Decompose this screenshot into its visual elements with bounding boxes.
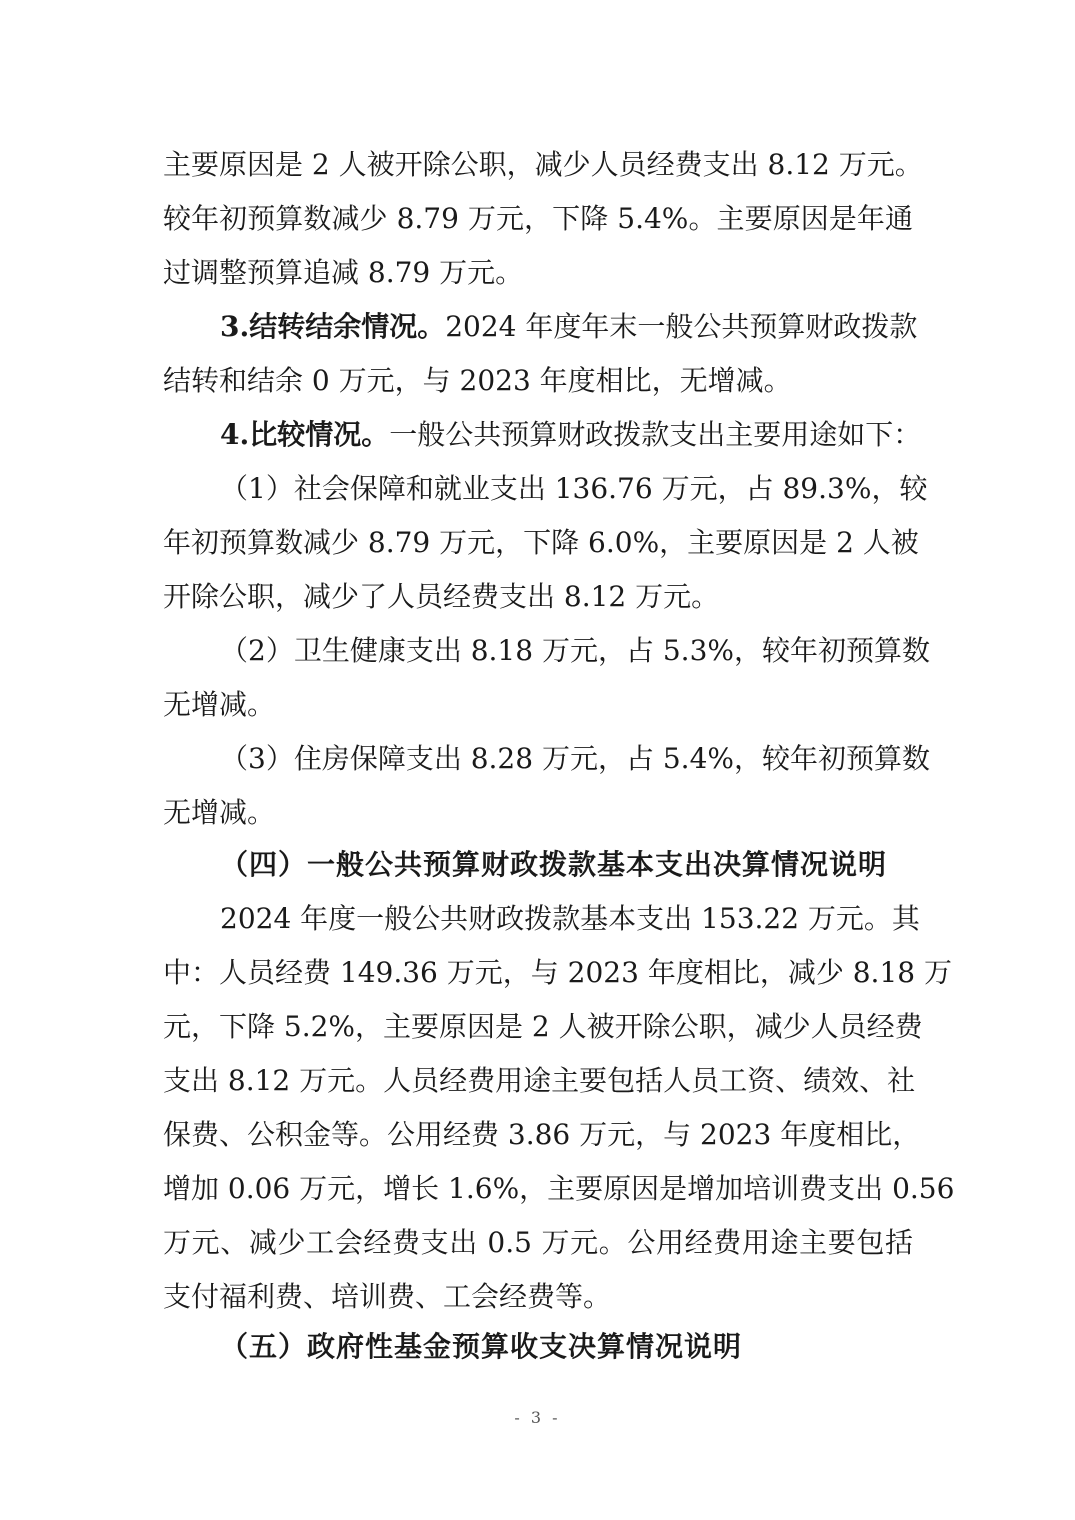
paragraph-line: 支付福利费、培训费、工会经费等。 xyxy=(163,1277,913,1317)
paragraph-line: 主要原因是 2 人被开除公职，减少人员经费支出 8.12 万元。 xyxy=(163,145,913,185)
paragraph-line: 增加 0.06 万元，增长 1.6%，主要原因是增加培训费支出 0.56 xyxy=(163,1169,913,1209)
list-item-housing: （3）住房保障支出 8.28 万元，占 5.4%，较年初预算数 xyxy=(220,739,913,779)
paragraph-line: 年初预算数减少 8.79 万元，下降 6.0%，主要原因是 2 人被 xyxy=(163,523,913,563)
paragraph-line-carryover-section: 3.结转结余情况。2024 年度年末一般公共预算财政拨款 xyxy=(220,307,913,347)
paragraph-line: 保费、公积金等。公用经费 3.86 万元，与 2023 年度相比， xyxy=(163,1115,913,1155)
section-heading-government-fund: （五）政府性基金预算收支决算情况说明 xyxy=(220,1327,742,1367)
paragraph-line: 元，下降 5.2%，主要原因是 2 人被开除公职，减少人员经费 xyxy=(163,1007,913,1047)
paragraph-line: 万元、减少工会经费支出 0.5 万元。公用经费用途主要包括 xyxy=(163,1223,913,1263)
carryover-text: 2024 年度年末一般公共预算财政拨款 xyxy=(445,310,917,343)
paragraph-line: 开除公职，减少了人员经费支出 8.12 万元。 xyxy=(163,577,913,617)
comparison-text: 一般公共预算财政拨款支出主要用途如下： xyxy=(389,418,921,451)
paragraph-line: 过调整预算追减 8.79 万元。 xyxy=(163,253,913,293)
paragraph-line: 支出 8.12 万元。人员经费用途主要包括人员工资、绩效、社 xyxy=(163,1061,913,1101)
paragraph-line: 2024 年度一般公共财政拨款基本支出 153.22 万元。其 xyxy=(220,899,913,939)
document-page: 主要原因是 2 人被开除公职，减少人员经费支出 8.12 万元。 较年初预算数减… xyxy=(0,0,1075,1520)
comparison-heading: 4.比较情况。 xyxy=(220,418,389,451)
carryover-heading: 3.结转结余情况。 xyxy=(220,310,445,343)
paragraph-line: 无增减。 xyxy=(163,685,913,725)
paragraph-line: 中：人员经费 149.36 万元，与 2023 年度相比，减少 8.18 万 xyxy=(163,953,913,993)
list-item-health: （2）卫生健康支出 8.18 万元，占 5.3%，较年初预算数 xyxy=(220,631,913,671)
paragraph-line: 结转和结余 0 万元，与 2023 年度相比，无增减。 xyxy=(163,361,913,401)
paragraph-line-comparison-section: 4.比较情况。一般公共预算财政拨款支出主要用途如下： xyxy=(220,415,913,455)
list-item-social-security: （1）社会保障和就业支出 136.76 万元，占 89.3%，较 xyxy=(220,469,913,509)
section-heading-basic-expenditure: （四）一般公共预算财政拨款基本支出决算情况说明 xyxy=(220,845,887,885)
page-number: - 3 - xyxy=(0,1408,1075,1428)
paragraph-line: 无增减。 xyxy=(163,793,913,833)
paragraph-line: 较年初预算数减少 8.79 万元，下降 5.4%。主要原因是年通 xyxy=(163,199,913,239)
